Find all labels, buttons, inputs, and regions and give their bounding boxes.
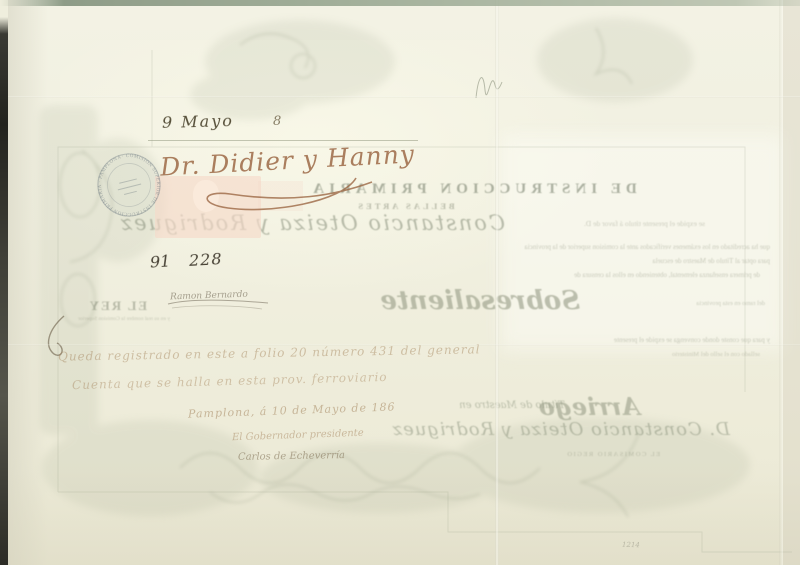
- pencil-squiggle-top-right: [476, 78, 502, 98]
- showthrough-bottom-name-script: D. Constancio Oteiza y Rodriguez: [420, 419, 730, 440]
- owner-signature-flourish: [150, 150, 390, 220]
- engraved-border-showthrough: [0, 0, 800, 565]
- scanner-edge-left: [0, 0, 8, 565]
- clerk-signature-flourish: [162, 288, 282, 314]
- showthrough-mid-2: y para que conste donde convenga se expi…: [520, 336, 770, 344]
- showthrough-mid-1: del ramo en esta provincia: [545, 300, 765, 307]
- showthrough-body-2: para optar al Título de Maestro de escue…: [330, 257, 770, 265]
- date-numeral: 8: [273, 114, 281, 129]
- showthrough-aside: se expide el presente título á favor de …: [515, 219, 705, 228]
- showthrough-body-3: de primera enseñanza elemental, obtenien…: [300, 271, 760, 279]
- showthrough-body-1: que ha acreditado en los exámenes verifi…: [300, 243, 770, 251]
- registry-number-right: 228: [189, 249, 223, 270]
- scanner-edge-top: [0, 0, 800, 6]
- corner-pencil-mark: 1214: [622, 541, 640, 550]
- showthrough-mid-3: sellado con el sello del Ministerio: [560, 351, 760, 358]
- date-note: 9 Mayo: [162, 111, 234, 132]
- registry-number-left: 91: [149, 251, 171, 271]
- showthrough-bottom-caps: EL COMISARIO REGIO: [548, 451, 678, 458]
- showthrough-bottom-script-big: Arriego: [520, 392, 640, 421]
- scanned-certificate-verso: DE INSTRUCCION PRIMARIA BELLAS ARTES Con…: [0, 0, 800, 565]
- ornament-masses: [40, 18, 750, 516]
- dateline-signature: Carlos de Echeverría: [238, 450, 345, 463]
